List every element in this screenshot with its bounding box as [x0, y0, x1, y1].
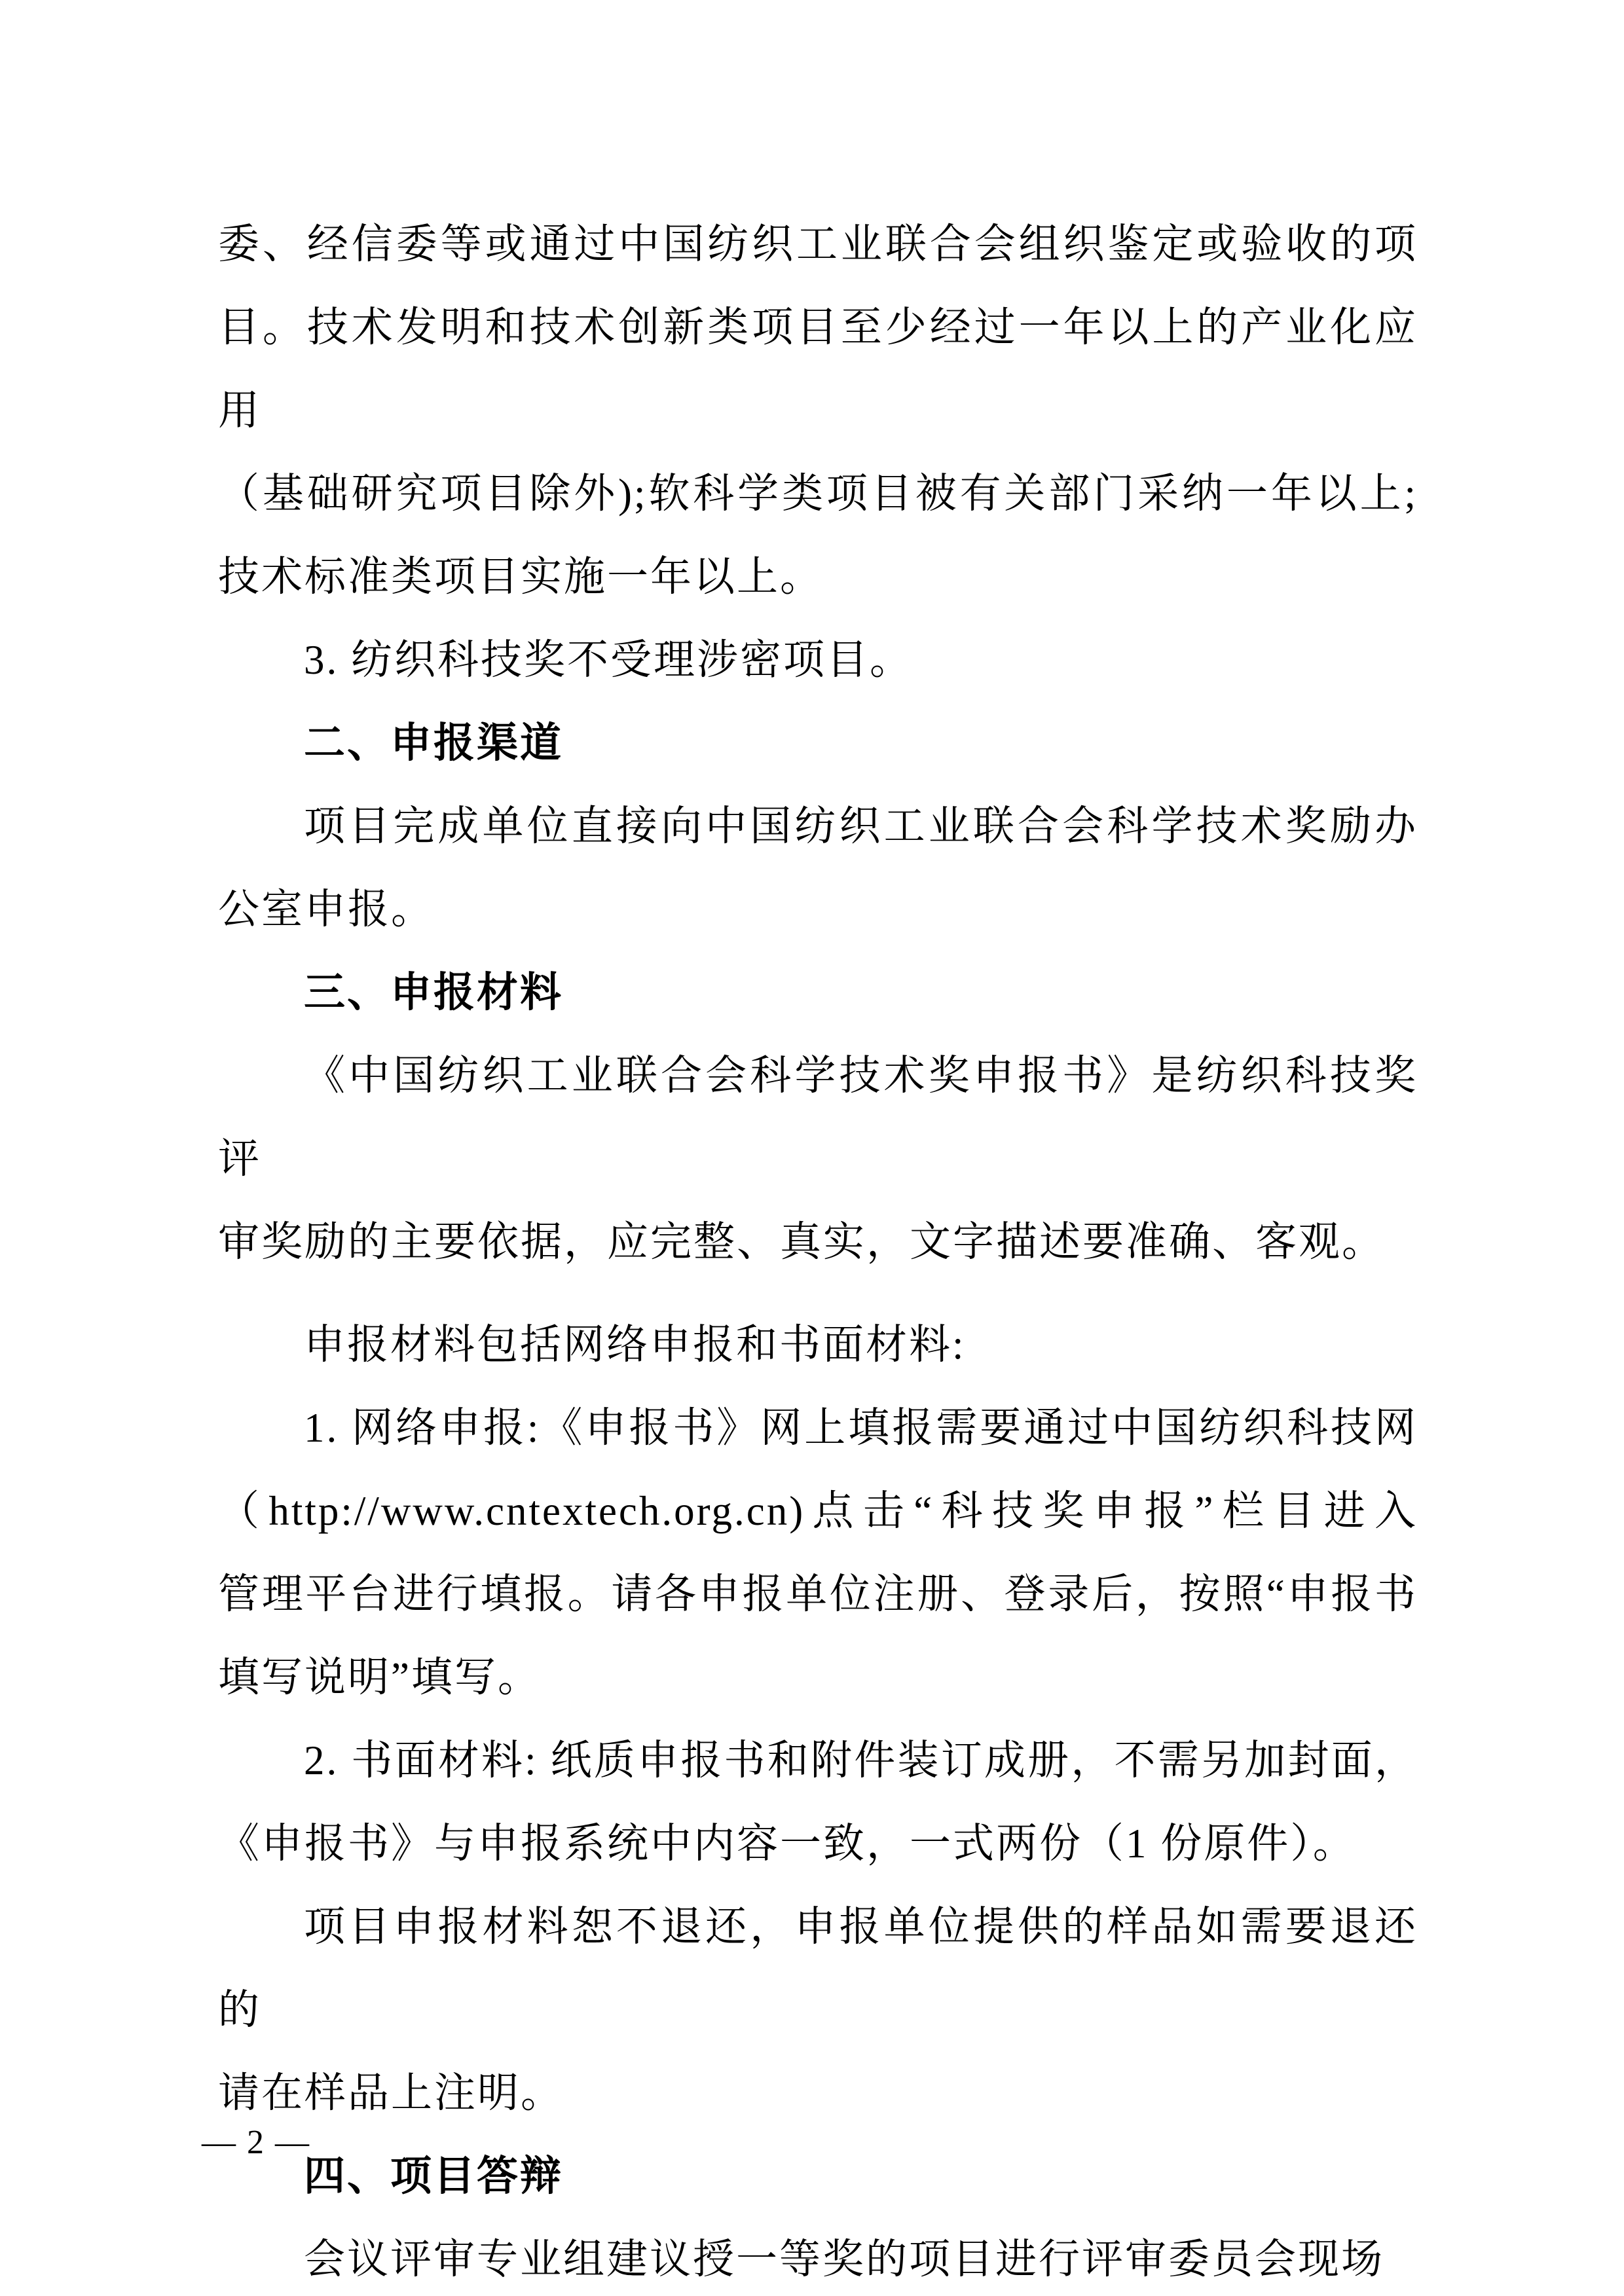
body-line: 公室申报。: [218, 868, 1418, 951]
page-footer: — 2 —: [202, 2123, 310, 2162]
body-line: 《中国纺织工业联合会科学技术奖申报书》是纺织科技奖评: [218, 1034, 1418, 1201]
list-item-1: 1. 网络申报:《申报书》网上填报需要通过中国纺织科技网: [218, 1387, 1418, 1470]
body-line: 填写说明”填写。: [218, 1636, 1418, 1719]
page-number: — 2 —: [202, 2124, 310, 2161]
body-line: 技术标准类项目实施一年以上。: [218, 536, 1418, 619]
body-line: 项目完成单位直接向中国纺织工业联合会科学技术奖励办: [218, 785, 1418, 868]
section-heading-2: 二、申报渠道: [218, 702, 1418, 785]
body-line: 目。技术发明和技术创新类项目至少经过一年以上的产业化应用: [218, 286, 1418, 452]
body-line-url: （http://www.cntextech.org.cn)点击“科技奖申报”栏目…: [218, 1470, 1418, 1553]
body-line: 审奖励的主要依据，应完整、真实，文字描述要准确、客观。: [218, 1201, 1418, 1284]
document-body: 委、经信委等或通过中国纺织工业联合会组织鉴定或验收的项 目。技术发明和技术创新类…: [218, 203, 1418, 2296]
body-line: 项目申报材料恕不退还，申报单位提供的样品如需要退还的: [218, 1886, 1418, 2052]
body-line: 委、经信委等或通过中国纺织工业联合会组织鉴定或验收的项: [218, 203, 1418, 286]
list-item-3: 3. 纺织科技奖不受理涉密项目。: [218, 619, 1418, 702]
body-line: 申报材料包括网络申报和书面材料:: [218, 1303, 1418, 1387]
body-line: 请在样品上注明。: [218, 2052, 1418, 2135]
section-heading-3: 三、申报材料: [218, 951, 1418, 1034]
list-item-2: 2. 书面材料: 纸质申报书和附件装订成册，不需另加封面，: [218, 1719, 1418, 1802]
body-line: 管理平台进行填报。请各申报单位注册、登录后，按照“申报书: [218, 1553, 1418, 1636]
section-heading-4: 四、项目答辩: [218, 2135, 1418, 2218]
body-line: 会议评审专业组建议授一等奖的项目进行评审委员会现场: [218, 2218, 1418, 2296]
body-line: （基础研究项目除外);软科学类项目被有关部门采纳一年以上;: [218, 452, 1418, 536]
document-page: 委、经信委等或通过中国纺织工业联合会组织鉴定或验收的项 目。技术发明和技术创新类…: [0, 0, 1624, 2296]
body-line: 《申报书》与申报系统中内容一致，一式两份（1 份原件）。: [218, 1802, 1418, 1886]
